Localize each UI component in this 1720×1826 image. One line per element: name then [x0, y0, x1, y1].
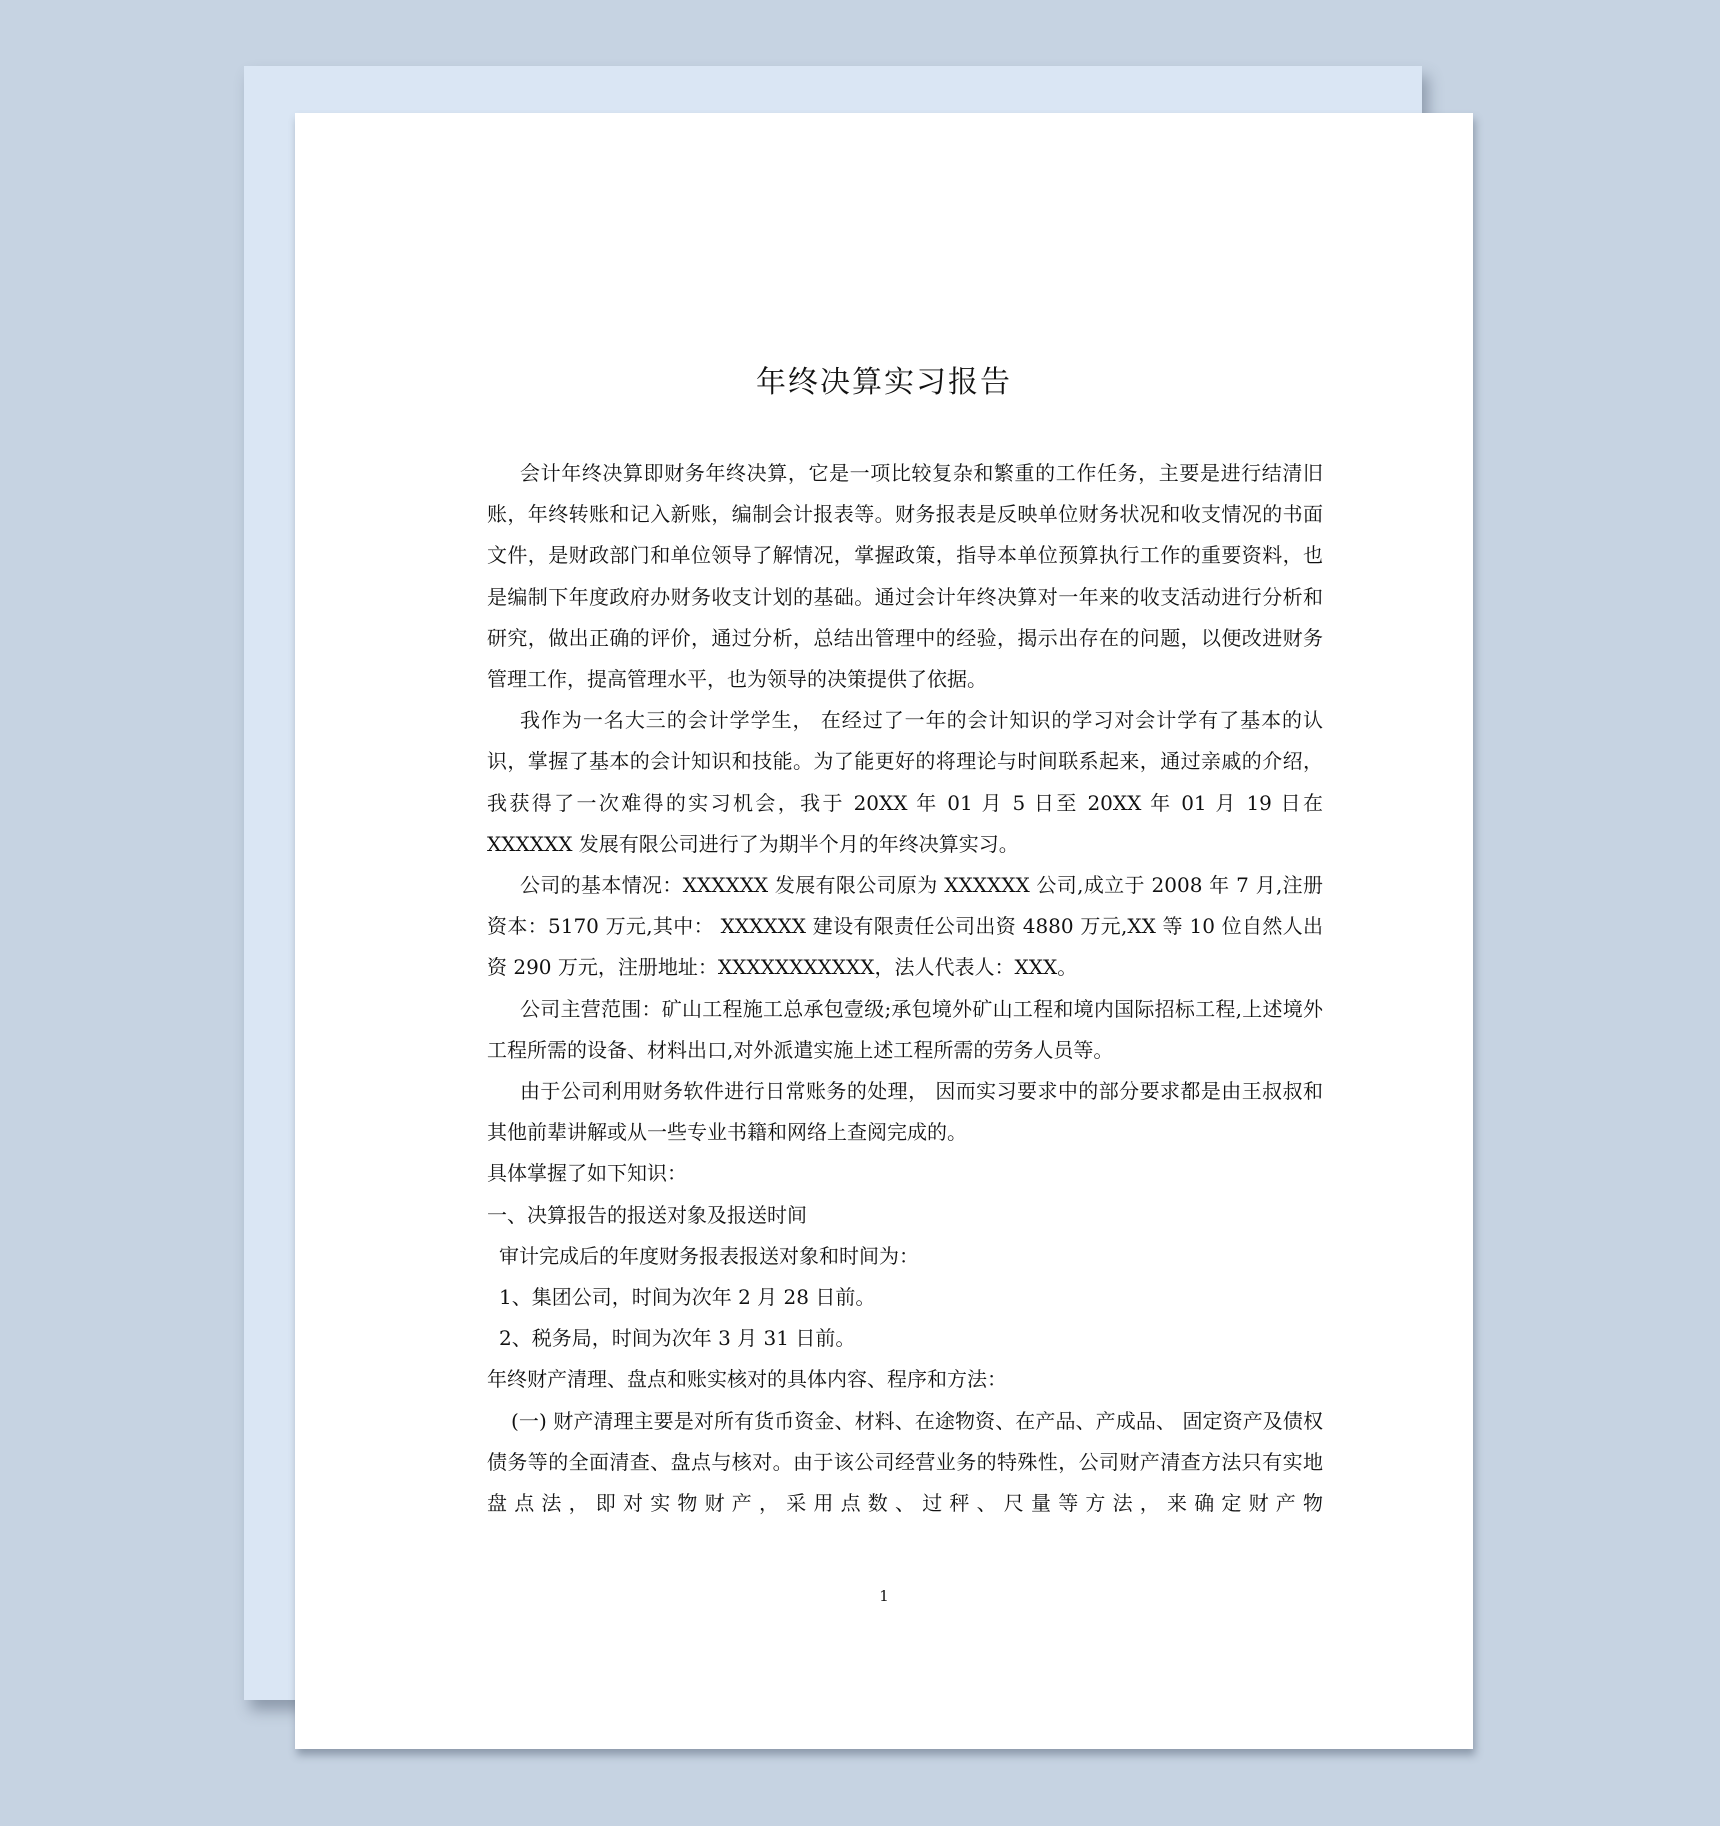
- paragraph-student-background: 我作为一名大三的会计学学生， 在经过了一年的会计知识的学习对会计学有了基本的认识…: [487, 700, 1323, 865]
- list-item-tax-bureau: 2、税务局，时间为次年 3 月 31 日前。: [487, 1318, 1323, 1359]
- page-number: 1: [295, 1587, 1473, 1605]
- document-page: 年终决算实习报告 会计年终决算即财务年终决算，它是一项比较复杂和繁重的工作任务，…: [295, 113, 1473, 1749]
- paragraph-intro: 会计年终决算即财务年终决算，它是一项比较复杂和繁重的工作任务，主要是进行结清旧账…: [487, 453, 1323, 700]
- paragraph-asset-clearing: (一) 财产清理主要是对所有货币资金、材料、在途物资、在产品、产成品、 固定资产…: [487, 1401, 1323, 1525]
- document-title: 年终决算实习报告: [295, 366, 1473, 400]
- paragraph-inventory-heading: 年终财产清理、盘点和账实核对的具体内容、程序和方法：: [487, 1359, 1323, 1400]
- paragraph-report-recipients: 审计完成后的年度财务报表报送对象和时间为：: [487, 1236, 1323, 1277]
- paragraph-software-note: 由于公司利用财务软件进行日常账务的处理， 因而实习要求中的部分要求都是由王叔叔和…: [487, 1071, 1323, 1153]
- paragraph-company-info: 公司的基本情况：XXXXXX 发展有限公司原为 XXXXXX 公司,成立于 20…: [487, 865, 1323, 989]
- paragraph-knowledge-heading: 具体掌握了如下知识：: [487, 1153, 1323, 1194]
- paragraph-business-scope: 公司主营范围：矿山工程施工总承包壹级;承包境外矿山工程和境内国际招标工程,上述境…: [487, 989, 1323, 1071]
- list-item-group-company: 1、集团公司，时间为次年 2 月 28 日前。: [487, 1277, 1323, 1318]
- document-body: 会计年终决算即财务年终决算，它是一项比较复杂和繁重的工作任务，主要是进行结清旧账…: [487, 453, 1323, 1524]
- section-heading-1: 一、决算报告的报送对象及报送时间: [487, 1195, 1323, 1236]
